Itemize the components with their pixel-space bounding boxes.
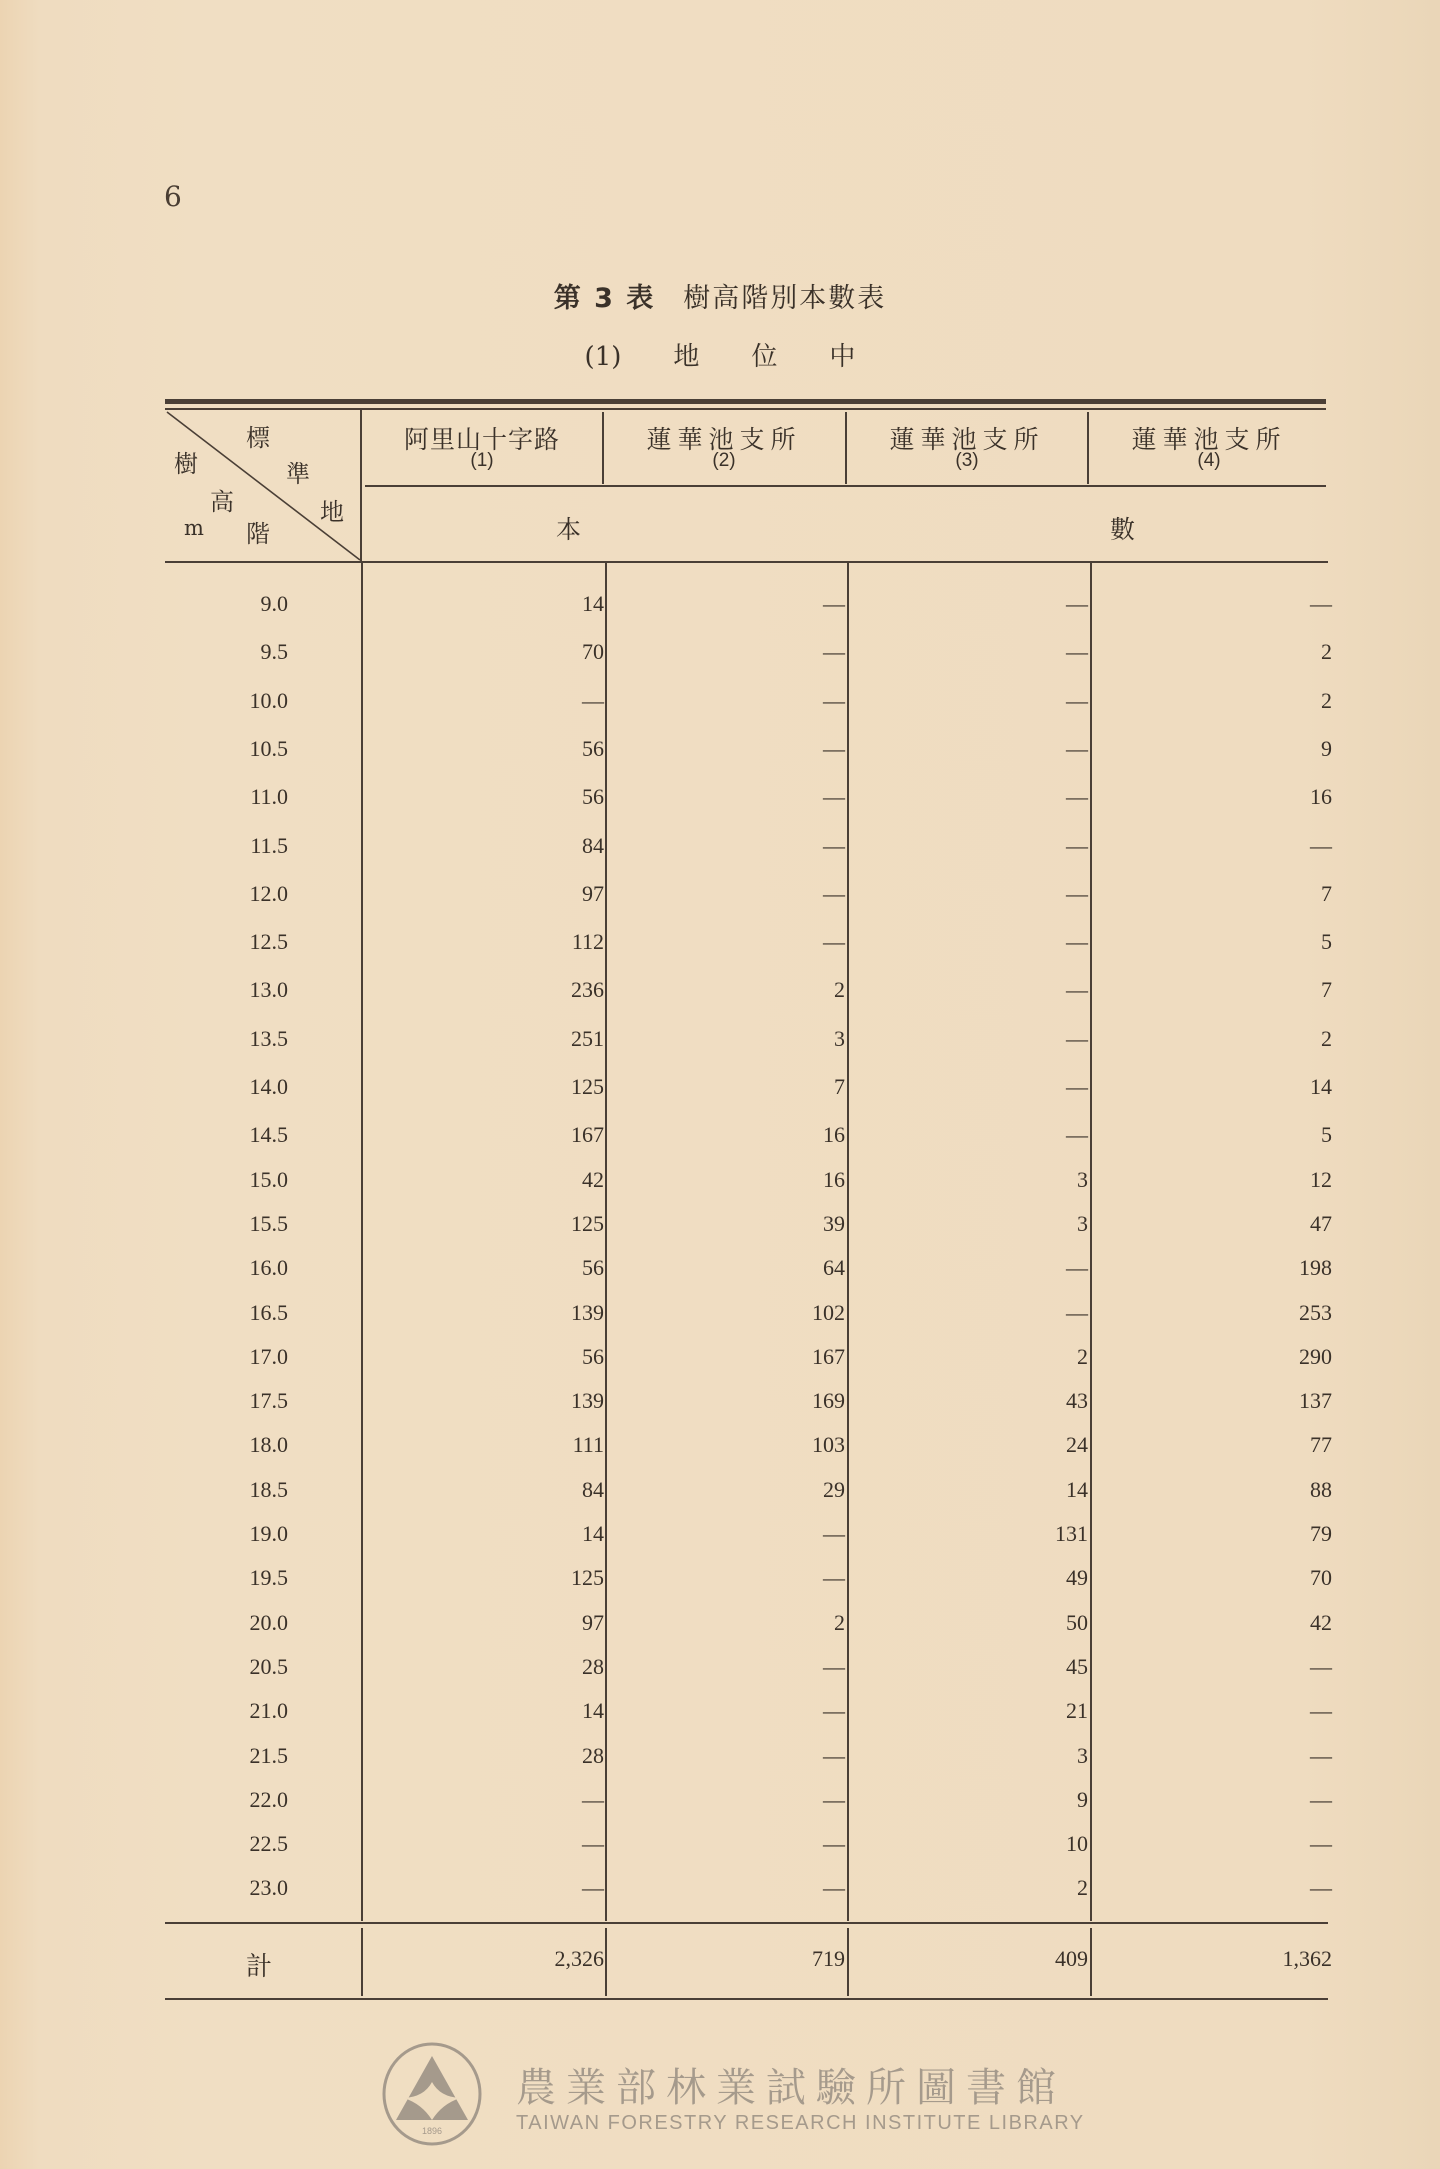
- table-row: 19.014—13179: [0, 1521, 1440, 1551]
- count-cell: —: [900, 736, 1088, 762]
- height-class-cell: 21.0: [200, 1698, 288, 1724]
- count-cell: 5: [1140, 1122, 1332, 1148]
- count-cell: —: [660, 784, 845, 810]
- column-header-index: (4): [1089, 450, 1329, 472]
- count-cell: 24: [900, 1432, 1088, 1458]
- count-cell: —: [1140, 1743, 1332, 1769]
- count-cell: 198: [1140, 1255, 1332, 1281]
- count-cell: 97: [420, 1610, 604, 1636]
- height-class-cell: 9.5: [200, 639, 288, 665]
- count-cell: 77: [1140, 1432, 1332, 1458]
- height-class-cell: 16.5: [200, 1300, 288, 1326]
- column-header-index: (2): [604, 450, 844, 472]
- count-cell: 84: [420, 1477, 604, 1503]
- count-cell: —: [900, 1122, 1088, 1148]
- count-cell: —: [1140, 591, 1332, 617]
- count-cell: 125: [420, 1211, 604, 1237]
- count-cell: 70: [1140, 1565, 1332, 1591]
- column-header-3: 蓮華池支所 (3): [847, 420, 1087, 472]
- count-cell: 125: [420, 1074, 604, 1100]
- count-cell: —: [420, 1787, 604, 1813]
- height-class-cell: 19.5: [200, 1565, 288, 1591]
- count-cell: —: [900, 639, 1088, 665]
- count-cell: 2: [1140, 639, 1332, 665]
- page-number: 6: [164, 180, 182, 213]
- count-cell: —: [1140, 1787, 1332, 1813]
- count-cell: —: [420, 688, 604, 714]
- height-class-cell: 16.0: [200, 1255, 288, 1281]
- count-cell: —: [660, 591, 845, 617]
- count-cell: 2: [1140, 1026, 1332, 1052]
- table-row: 15.04216312: [0, 1167, 1440, 1197]
- count-cell: 29: [660, 1477, 845, 1503]
- column-header-4: 蓮華池支所 (4): [1089, 420, 1329, 472]
- count-cell: —: [900, 977, 1088, 1003]
- count-cell: 50: [900, 1610, 1088, 1636]
- corner-label-far-right: 地: [320, 492, 344, 527]
- count-cell: 14: [900, 1477, 1088, 1503]
- count-cell: 14: [420, 591, 604, 617]
- corner-label-bottom: 階: [246, 514, 270, 549]
- total-row: 計 2,326 719 409 1,362: [0, 1946, 1440, 1976]
- count-cell: 42: [420, 1167, 604, 1193]
- height-class-cell: 21.5: [200, 1743, 288, 1769]
- count-cell: 7: [1140, 977, 1332, 1003]
- count-cell: —: [660, 736, 845, 762]
- corner-label-mid: 準: [286, 454, 310, 489]
- corner-label-unit: m: [184, 516, 204, 540]
- table-row: 11.056——16: [0, 784, 1440, 814]
- table-row: 22.5——10—: [0, 1831, 1440, 1861]
- count-cell: 139: [420, 1300, 604, 1326]
- table-title: 第 3 表樹高階別本數表: [0, 276, 1440, 315]
- count-cell: —: [900, 929, 1088, 955]
- height-class-cell: 17.5: [200, 1388, 288, 1414]
- count-cell: —: [660, 1831, 845, 1857]
- height-class-cell: 20.0: [200, 1610, 288, 1636]
- count-cell: 125: [420, 1565, 604, 1591]
- height-class-cell: 10.0: [200, 688, 288, 714]
- height-class-cell: 19.0: [200, 1521, 288, 1547]
- count-cell: —: [660, 688, 845, 714]
- count-cell: —: [660, 1565, 845, 1591]
- table-row: 21.528—3—: [0, 1743, 1440, 1773]
- unit-label-left: 本: [556, 510, 581, 546]
- corner-label-left-mid: 高: [210, 482, 234, 517]
- table-row: 14.01257—14: [0, 1074, 1440, 1104]
- count-cell: 56: [420, 1344, 604, 1370]
- count-cell: 112: [420, 929, 604, 955]
- count-cell: —: [900, 881, 1088, 907]
- table-row: 18.01111032477: [0, 1432, 1440, 1462]
- count-cell: 167: [420, 1122, 604, 1148]
- count-cell: 2: [900, 1344, 1088, 1370]
- count-cell: 43: [900, 1388, 1088, 1414]
- table-row: 9.014———: [0, 591, 1440, 621]
- table-title-text: 樹高階別本數表: [683, 283, 886, 314]
- library-name-chinese: 農業部林業試驗所圖書館: [516, 2056, 1066, 2113]
- count-cell: 56: [420, 736, 604, 762]
- count-cell: 14: [1140, 1074, 1332, 1100]
- count-cell: 131: [900, 1521, 1088, 1547]
- count-cell: 12: [1140, 1167, 1332, 1193]
- count-cell: —: [900, 1026, 1088, 1052]
- count-cell: 3: [900, 1211, 1088, 1237]
- height-class-cell: 14.0: [200, 1074, 288, 1100]
- table-row: 12.097——7: [0, 881, 1440, 911]
- table-row: 20.528—45—: [0, 1654, 1440, 1684]
- table-row: 10.556——9: [0, 736, 1440, 766]
- count-cell: —: [1140, 1831, 1332, 1857]
- column-header-1: 阿里山十字路 (1): [362, 420, 602, 472]
- count-cell: 88: [1140, 1477, 1332, 1503]
- corner-label-top: 標: [246, 418, 270, 453]
- count-cell: —: [660, 929, 845, 955]
- count-cell: 2: [1140, 688, 1332, 714]
- count-cell: 2: [660, 1610, 845, 1636]
- table-row: 16.05664—198: [0, 1255, 1440, 1285]
- library-name-english: TAIWAN FORESTRY RESEARCH INSTITUTE LIBRA…: [516, 2112, 1085, 2135]
- count-cell: —: [660, 1698, 845, 1724]
- height-class-cell: 13.0: [200, 977, 288, 1003]
- subtitle-char: 中: [829, 336, 855, 373]
- table-row: 23.0——2—: [0, 1875, 1440, 1905]
- count-cell: 2: [900, 1875, 1088, 1901]
- height-class-cell: 23.0: [200, 1875, 288, 1901]
- count-cell: —: [660, 1787, 845, 1813]
- count-cell: —: [900, 833, 1088, 859]
- table-row: 11.584———: [0, 833, 1440, 863]
- count-cell: —: [1140, 1875, 1332, 1901]
- svg-text:1896: 1896: [422, 2126, 442, 2136]
- count-cell: 5: [1140, 929, 1332, 955]
- count-cell: —: [900, 784, 1088, 810]
- count-cell: 290: [1140, 1344, 1332, 1370]
- count-cell: 45: [900, 1654, 1088, 1680]
- table-row: 14.516716—5: [0, 1122, 1440, 1152]
- table-row: 13.02362—7: [0, 977, 1440, 1007]
- height-class-cell: 12.0: [200, 881, 288, 907]
- count-cell: 28: [420, 1654, 604, 1680]
- count-cell: 7: [660, 1074, 845, 1100]
- count-cell: —: [660, 1521, 845, 1547]
- table-row: 18.584291488: [0, 1477, 1440, 1507]
- unit-label-right: 數: [1110, 510, 1135, 546]
- count-cell: —: [660, 1654, 845, 1680]
- height-class-cell: 12.5: [200, 929, 288, 955]
- count-cell: 16: [1140, 784, 1332, 810]
- table-number: 第 3 表: [554, 283, 656, 314]
- count-cell: —: [660, 1875, 845, 1901]
- subtitle-index: (1): [585, 342, 622, 372]
- count-cell: 253: [1140, 1300, 1332, 1326]
- institute-logo-icon: 1896: [380, 2042, 484, 2146]
- table-row: 17.513916943137: [0, 1388, 1440, 1418]
- count-cell: 47: [1140, 1211, 1332, 1237]
- table-subtitle: (1)地位中: [0, 336, 1440, 373]
- height-class-cell: 9.0: [200, 591, 288, 617]
- height-class-cell: 22.5: [200, 1831, 288, 1857]
- count-cell: —: [660, 833, 845, 859]
- corner-label-left: 樹: [174, 444, 198, 479]
- count-cell: 111: [420, 1432, 604, 1458]
- count-cell: 70: [420, 639, 604, 665]
- column-header-2: 蓮華池支所 (2): [604, 420, 844, 472]
- count-cell: 49: [900, 1565, 1088, 1591]
- subtitle-char: 地: [673, 336, 699, 373]
- count-cell: 79: [1140, 1521, 1332, 1547]
- height-class-cell: 18.5: [200, 1477, 288, 1503]
- count-cell: 28: [420, 1743, 604, 1769]
- count-cell: 9: [1140, 736, 1332, 762]
- table-bottom-rule: [165, 1998, 1328, 2000]
- count-cell: 3: [660, 1026, 845, 1052]
- count-cell: 39: [660, 1211, 845, 1237]
- total-cell: 2,326: [420, 1946, 604, 1972]
- count-cell: 97: [420, 881, 604, 907]
- count-cell: —: [900, 688, 1088, 714]
- count-cell: 56: [420, 784, 604, 810]
- count-cell: 16: [660, 1122, 845, 1148]
- column-header-index: (3): [847, 450, 1087, 472]
- count-cell: 16: [660, 1167, 845, 1193]
- table-row: 13.52513—2: [0, 1026, 1440, 1056]
- total-cell: 409: [900, 1946, 1088, 1972]
- count-cell: 84: [420, 833, 604, 859]
- count-cell: 9: [900, 1787, 1088, 1813]
- header-split-rule: [365, 485, 1326, 487]
- height-class-cell: 15.0: [200, 1167, 288, 1193]
- total-cell: 719: [660, 1946, 845, 1972]
- count-cell: —: [900, 1255, 1088, 1281]
- count-cell: 14: [420, 1698, 604, 1724]
- total-cell: 1,362: [1140, 1946, 1332, 1972]
- table-row: 12.5112——5: [0, 929, 1440, 959]
- table-row: 16.5139102—253: [0, 1300, 1440, 1330]
- table-row: 17.0561672290: [0, 1344, 1440, 1374]
- table-row: 22.0——9—: [0, 1787, 1440, 1817]
- table-row: 19.5125—4970: [0, 1565, 1440, 1595]
- count-cell: —: [420, 1875, 604, 1901]
- count-cell: —: [900, 1300, 1088, 1326]
- count-cell: 56: [420, 1255, 604, 1281]
- count-cell: —: [900, 591, 1088, 617]
- count-cell: —: [900, 1074, 1088, 1100]
- column-header-index: (1): [362, 450, 602, 472]
- count-cell: 3: [900, 1743, 1088, 1769]
- table-row: 21.014—21—: [0, 1698, 1440, 1728]
- count-cell: 251: [420, 1026, 604, 1052]
- count-cell: —: [420, 1831, 604, 1857]
- height-class-cell: 11.5: [200, 833, 288, 859]
- count-cell: 102: [660, 1300, 845, 1326]
- count-cell: 7: [1140, 881, 1332, 907]
- height-class-cell: 14.5: [200, 1122, 288, 1148]
- height-class-cell: 15.5: [200, 1211, 288, 1237]
- count-cell: 21: [900, 1698, 1088, 1724]
- subtitle-char: 位: [751, 336, 777, 373]
- count-cell: 103: [660, 1432, 845, 1458]
- count-cell: 3: [900, 1167, 1088, 1193]
- count-cell: —: [1140, 1654, 1332, 1680]
- count-cell: 64: [660, 1255, 845, 1281]
- table-row: 20.09725042: [0, 1610, 1440, 1640]
- height-class-cell: 11.0: [200, 784, 288, 810]
- count-cell: 167: [660, 1344, 845, 1370]
- count-cell: 139: [420, 1388, 604, 1414]
- height-class-cell: 17.0: [200, 1344, 288, 1370]
- count-cell: 169: [660, 1388, 845, 1414]
- count-cell: 14: [420, 1521, 604, 1547]
- total-label: 計: [246, 1946, 286, 1983]
- height-class-cell: 18.0: [200, 1432, 288, 1458]
- count-cell: —: [1140, 833, 1332, 859]
- count-cell: 2: [660, 977, 845, 1003]
- count-cell: 137: [1140, 1388, 1332, 1414]
- count-cell: 10: [900, 1831, 1088, 1857]
- count-cell: 42: [1140, 1610, 1332, 1636]
- total-top-rule: [165, 1922, 1328, 1924]
- table-row: 10.0———2: [0, 688, 1440, 718]
- count-cell: —: [660, 1743, 845, 1769]
- table-top-rule-thick: [165, 399, 1326, 404]
- table-row: 15.512539347: [0, 1211, 1440, 1241]
- count-cell: —: [660, 881, 845, 907]
- count-cell: —: [660, 639, 845, 665]
- height-class-cell: 10.5: [200, 736, 288, 762]
- count-cell: —: [1140, 1698, 1332, 1724]
- count-cell: 236: [420, 977, 604, 1003]
- height-class-cell: 22.0: [200, 1787, 288, 1813]
- height-class-cell: 20.5: [200, 1654, 288, 1680]
- table-row: 9.570——2: [0, 639, 1440, 669]
- height-class-cell: 13.5: [200, 1026, 288, 1052]
